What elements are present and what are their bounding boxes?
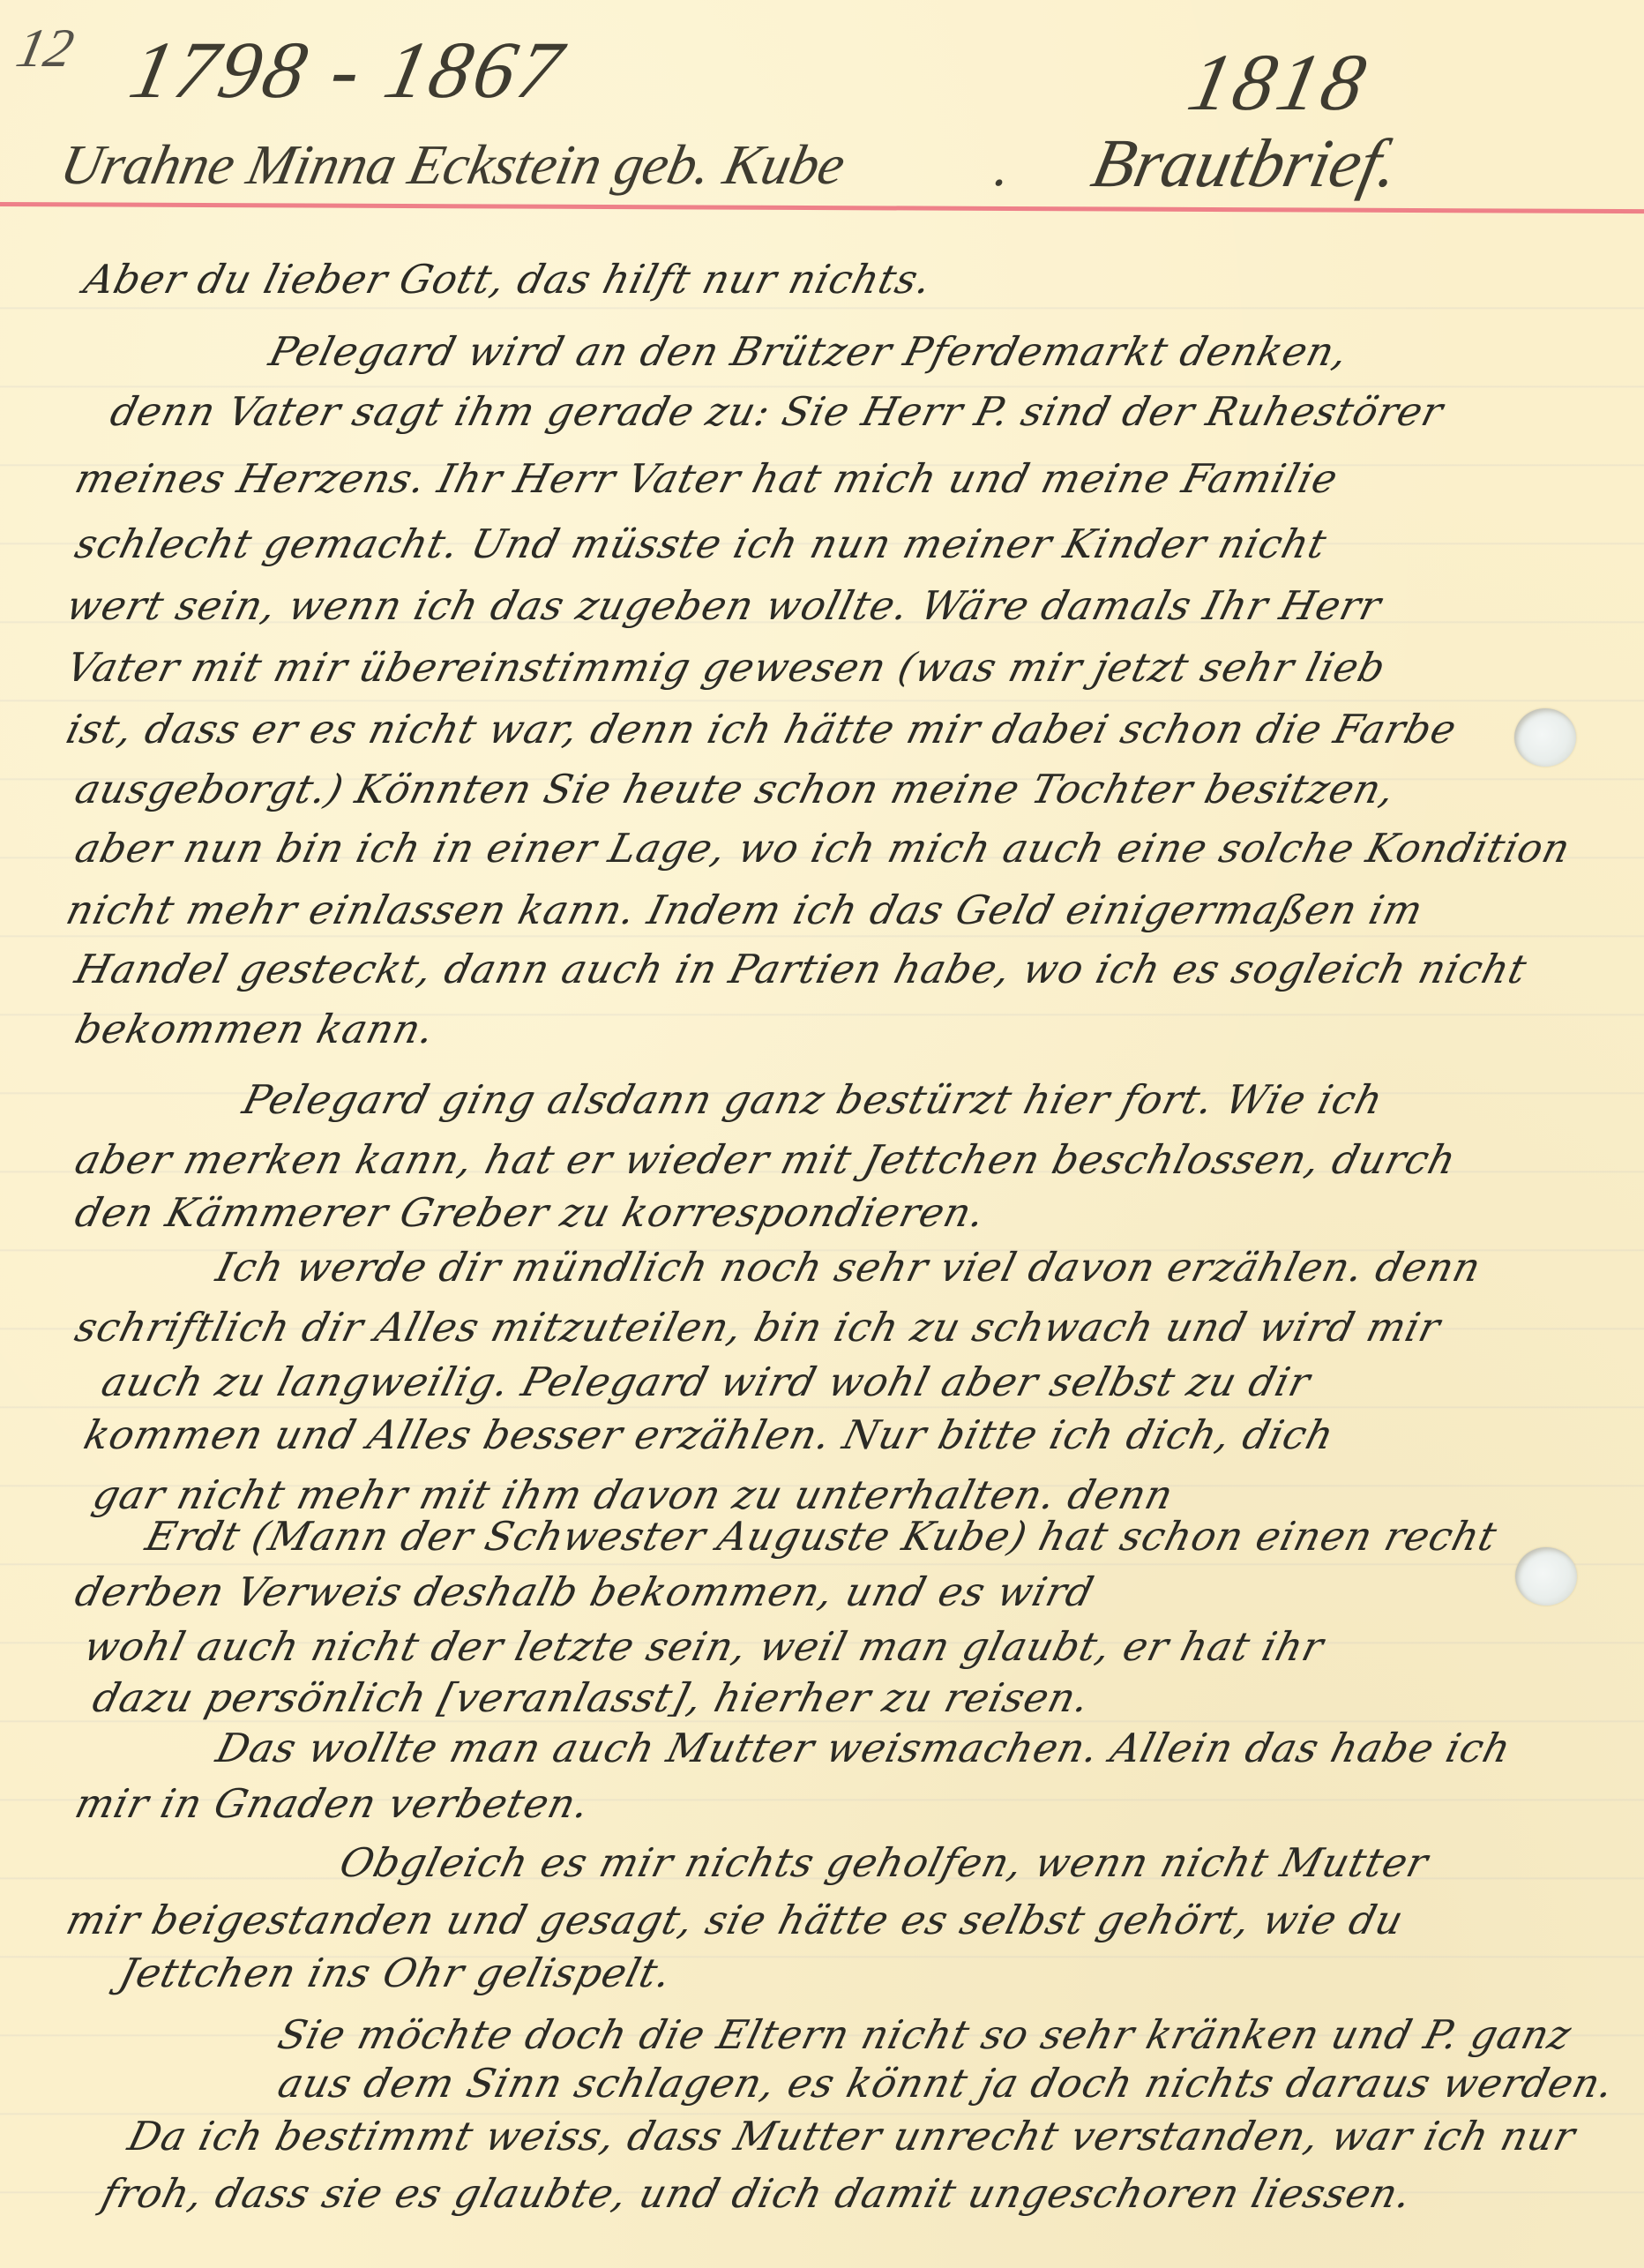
letter-line: mir beigestanden und gesagt, sie hätte e… bbox=[62, 1897, 1409, 1943]
letter-line: schlecht gemacht. Und müsste ich nun mei… bbox=[71, 520, 1332, 567]
letter-line: kommen und Alles besser erzählen. Nur bi… bbox=[79, 1411, 1339, 1458]
letter-line: schriftlich dir Alles mitzuteilen, bin i… bbox=[71, 1304, 1446, 1351]
letter-line: Sie möchte doch die Eltern nicht so sehr… bbox=[273, 2011, 1577, 2058]
letter-line: Das wollte man auch Mutter weismachen. A… bbox=[212, 1725, 1516, 1771]
letter-line: nicht mehr einlassen kann. Indem ich das… bbox=[62, 887, 1428, 933]
letter-line: den Kämmerer Greber zu korrespondieren. bbox=[71, 1189, 990, 1236]
life-years: 1798 - 1867 bbox=[123, 23, 573, 116]
letter-line: mir in Gnaden verbeten. bbox=[71, 1780, 594, 1827]
document-title: Brautbrief. bbox=[1085, 124, 1406, 203]
letter-line: aber nun bin ich in einer Lage, wo ich m… bbox=[71, 825, 1575, 872]
title-separator: . bbox=[990, 134, 1018, 199]
letter-line: Ich werde dir mündlich noch sehr viel da… bbox=[212, 1244, 1486, 1291]
letter-line: derben Verweis deshalb bekommen, und es … bbox=[71, 1568, 1099, 1615]
letter-line: Handel gesteckt, dann auch in Partien ha… bbox=[71, 946, 1532, 992]
letter-line: Pelegard ging alsdann ganz bestürzt hier… bbox=[238, 1076, 1388, 1123]
page-number: 12 bbox=[11, 18, 78, 80]
letter-line: dazu persönlich [veranlasst], hierher zu… bbox=[88, 1674, 1095, 1721]
letter-line: auch zu langweilig. Pelegard wird wohl a… bbox=[97, 1359, 1315, 1405]
person-name: Urahne Minna Eckstein geb. Kube bbox=[55, 132, 851, 198]
letter-line: Vater mit mir übereinstimmig gewesen (wa… bbox=[62, 644, 1391, 691]
letter-line: froh, dass sie es glaubte, und dich dami… bbox=[97, 2170, 1416, 2217]
letter-line: wert sein, wenn ich das zugeben wollte. … bbox=[62, 582, 1386, 629]
letter-line: meines Herzens. Ihr Herr Vater hat mich … bbox=[71, 455, 1343, 502]
letter-line: ist, dass er es nicht war, denn ich hätt… bbox=[62, 706, 1461, 752]
letter-year: 1818 bbox=[1181, 35, 1378, 129]
letter-line: Erdt (Mann der Schwester Auguste Kube) h… bbox=[141, 1513, 1502, 1560]
punch-hole-top bbox=[1514, 708, 1576, 767]
letter-line: gar nicht mehr mit ihm davon zu unterhal… bbox=[88, 1471, 1178, 1518]
letter-line: aus dem Sinn schlagen, es könnt ja doch … bbox=[273, 2060, 1619, 2107]
letter-page: 12 1798 - 1867 1818 Urahne Minna Eckstei… bbox=[0, 0, 1644, 2268]
letter-line: ausgeborgt.) Könnten Sie heute schon mei… bbox=[71, 766, 1400, 812]
letter-line: denn Vater sagt ihm gerade zu: Sie Herr … bbox=[106, 388, 1448, 435]
header-red-rule bbox=[0, 202, 1644, 213]
letter-line: Pelegard wird an den Brützer Pferdemarkt… bbox=[265, 328, 1353, 375]
letter-line: Aber du lieber Gott, das hilft nur nicht… bbox=[79, 256, 937, 303]
letter-line: wohl auch nicht der letzte sein, weil ma… bbox=[79, 1623, 1329, 1670]
letter-line: aber merken kann, hat er wieder mit Jett… bbox=[71, 1136, 1461, 1183]
letter-line: bekommen kann. bbox=[71, 1006, 440, 1052]
letter-line: Obgleich es mir nichts geholfen, wenn ni… bbox=[335, 1839, 1433, 1886]
punch-hole-bottom bbox=[1515, 1547, 1577, 1606]
letter-line: Jettchen ins Ohr gelispelt. bbox=[115, 1950, 676, 1996]
letter-line: Da ich bestimmt weiss, dass Mutter unrec… bbox=[123, 2113, 1580, 2159]
